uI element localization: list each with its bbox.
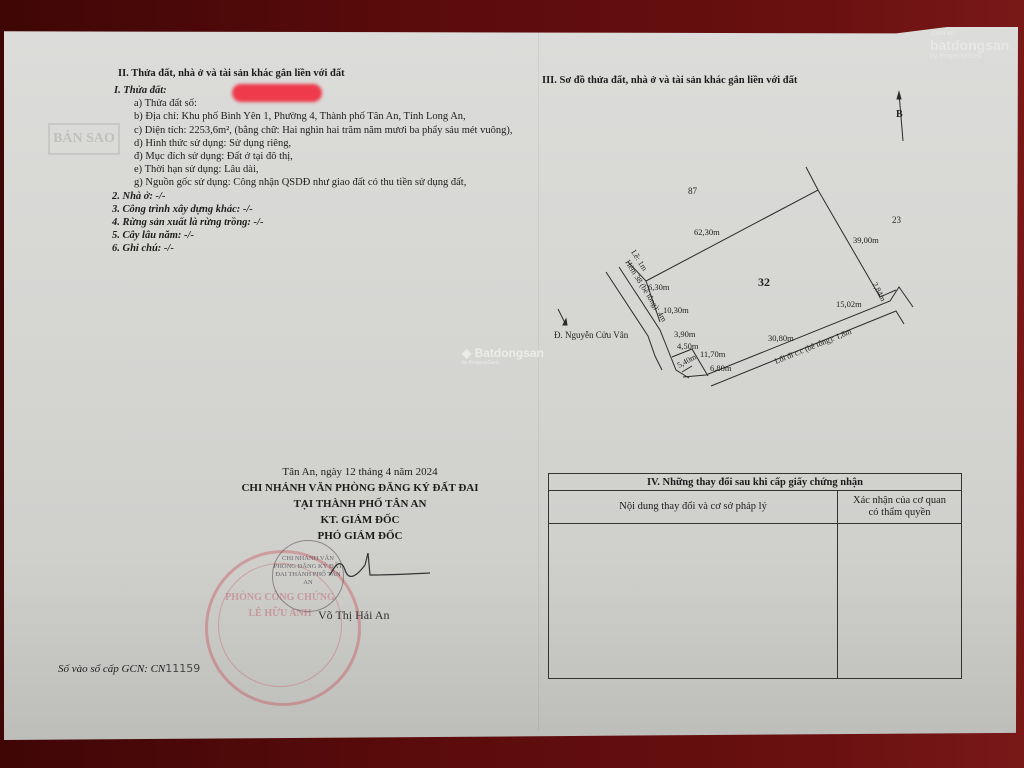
changes-table: IV. Những thay đổi sau khi cấp giấy chứn…	[548, 473, 962, 679]
section-4-title: IV. Những thay đổi sau khi cấp giấy chứn…	[549, 474, 962, 491]
land-item-address: b) Địa chỉ: Khu phố Bình Yên 1, Phường 4…	[112, 110, 512, 123]
place-date: Tân An, ngày 12 tháng 4 năm 2024	[220, 464, 500, 480]
gcn-label: Số vào sổ cấp GCN: CN	[58, 663, 165, 675]
notes-item: 6. Ghi chú: -/-	[112, 242, 512, 255]
land-item-term: e) Thời hạn sử dụng: Lâu dài,	[112, 163, 512, 176]
watermark-brand: batdongsan	[930, 37, 1009, 53]
signer-name: Võ Thị Hải An	[318, 608, 389, 623]
brand-watermark-top: .com.vn batdongsan by PropertyGuru	[930, 30, 1009, 60]
office-seal: CHI NHÁNH VĂN PHÒNG ĐĂNG KÝ ĐẤT ĐAI THÀN…	[272, 540, 344, 612]
faded-copy-stamp: BẢN SAO	[48, 123, 120, 155]
authority-confirmation-cell	[838, 524, 962, 679]
signature-block: Tân An, ngày 12 tháng 4 năm 2024 CHI NHÁ…	[220, 464, 500, 544]
gcn-number: 11159	[165, 662, 200, 675]
planted-forest-item: 4. Rừng sản xuất là rừng trồng: -/-	[112, 216, 512, 229]
issuing-org-line2: TẠI THÀNH PHỐ TÂN AN	[220, 496, 500, 512]
land-details: I. Thửa đất: a) Thửa đất số: b) Địa chỉ:…	[112, 84, 512, 256]
page-fold-line	[538, 30, 539, 730]
watermark-domain: .com.vn	[930, 30, 1009, 37]
section-3-title: III. Sơ đồ thửa đất, nhà ở và tài sản kh…	[542, 75, 797, 86]
land-item-origin: g) Nguồn gốc sử dụng: Công nhận QSDĐ như…	[112, 176, 512, 189]
change-content-cell	[549, 524, 838, 679]
signatory-title1: KT. GIÁM ĐỐC	[220, 512, 500, 528]
col-change-content: Nội dung thay đổi và cơ sở pháp lý	[549, 491, 838, 524]
issuing-org-line1: CHI NHÁNH VĂN PHÒNG ĐĂNG KÝ ĐẤT ĐAI	[220, 480, 500, 496]
other-construction-item: 3. Công trình xây dựng khác: -/-	[112, 203, 512, 216]
watermark-sub: by PropertyGuru	[930, 53, 1009, 60]
gcn-register-number: Số vào sổ cấp GCN: CN11159	[58, 662, 200, 675]
col2-line2: có thẩm quyền	[839, 507, 960, 519]
section-2-title: II. Thửa đất, nhà ở và tài sản khác gắn …	[118, 68, 345, 79]
watermark-sub-center: by PropertyGuru	[462, 360, 544, 366]
land-item-purpose: đ) Mục đích sử dụng: Đất ở tại đô thị,	[112, 150, 512, 163]
brand-watermark-center: ◈ Batdongsan by PropertyGuru	[462, 346, 544, 366]
land-item-use-form: d) Hình thức sử dụng: Sử dụng riêng,	[112, 137, 512, 150]
watermark-logo-icon: ◈	[462, 346, 475, 360]
signatory-title2: PHÓ GIÁM ĐỐC	[220, 528, 500, 544]
col2-line1: Xác nhận của cơ quan	[839, 495, 960, 507]
perennial-trees-item: 5. Cây lâu năm: -/-	[112, 229, 512, 242]
watermark-brand-center: Batdongsan	[475, 346, 544, 360]
col-authority-confirmation: Xác nhận của cơ quan có thẩm quyền	[838, 491, 962, 524]
house-item: 2. Nhà ở: -/-	[112, 190, 512, 203]
land-item-area: c) Diện tích: 2253,6m², (bằng chữ: Hai n…	[112, 124, 512, 137]
redaction-mark	[232, 84, 322, 102]
